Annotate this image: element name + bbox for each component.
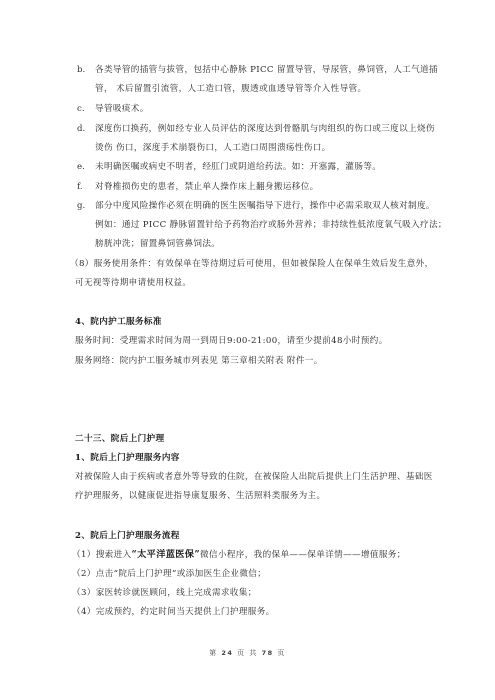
footer-middle: 页 共 [237,649,258,657]
footer-prefix: 第 [209,649,218,657]
list-item-g-line-3: 膀胱冲洗；留置鼻饲管鼻饲法。 [95,238,220,250]
section-23-heading: 二十三、院后上门护理 [75,433,164,445]
subsection-1-heading: 1、院后上门护理服务内容 [75,452,180,464]
app-name-highlight: “太平洋蓝医保” [131,549,200,560]
list-marker-b: b. [77,64,85,76]
process-step-1-prefix: （1）搜索进入 [72,550,131,560]
section-4-heading: 4、院内护工服务标准 [75,316,162,328]
list-marker-f: f. [77,181,83,193]
list-item-f-line-1: 对脊椎损伤史的患者，禁止单人操作床上翻身搬运移位。 [95,181,319,193]
list-item-e-line-1: 未明确医嘱或病史不明者，经肛门或阴道给药法。如：开塞露，灌肠等。 [95,161,381,173]
document-page: b. 各类导管的插管与拔管，包括中心静脉 PICC 留置导管，导尿管，鼻饲管，人… [0,0,495,700]
subsection-2-heading: 2、院后上门护理服务流程 [75,530,180,542]
process-step-3: （3）家医转诊就医顾问，线上完成需求收集； [72,587,257,599]
list-item-b-line-2: 管， 术后留置引流管，人工造口管，腹透或血透导管等介入性导管。 [95,83,366,95]
service-time-text: 服务时间：受理需求时间为周一到周日9:00-21:00，请至少提前48小时预约。 [75,335,388,347]
process-step-4: （4）完成预约，约定时间当天提供上门护理服务。 [72,606,275,618]
list-item-d-line-1: 深度伤口换药，例如经专业人员评估的深度达到骨骼肌与肉组织的伤口或三度以上烧伤 [95,123,435,135]
subsection-1-line-2: 疗护理服务，以健康促进指导康复服务、生活照料类服务为主。 [75,490,325,502]
subsection-1-line-1: 对被保险人由于疾病或者意外等导致的住院，在被保险人出院后提供上门生活护理、基础医 [75,471,433,483]
list-item-g-line-2: 例如：通过 PICC 静脉留置针给予药物治疗或肠外营养；非持续性低浓度氧气吸入疗… [95,219,447,231]
process-step-2: （2）点击“院后上门护理”或添加医生企业微信； [72,568,266,580]
footer-suffix: 页 [277,649,286,657]
process-step-1-suffix: 微信小程序，我的保单——保单详情——增值服务； [200,550,406,560]
process-step-1: （1）搜索进入“太平洋蓝医保”微信小程序，我的保单——保单详情——增值服务； [72,549,406,561]
service-network-text: 服务网络：院内护工服务城市列表见 第三章相关附表 附件一。 [75,355,323,367]
list-item-b-line-1: 各类导管的插管与拔管，包括中心静脉 PICC 留置导管，导尿管，鼻饲管，人工气道… [95,64,438,76]
total-page-count: 78 [262,649,274,657]
list-marker-e: e. [77,161,85,173]
list-item-d-line-2: 烫伤 伤口，深度手术崩裂伤口，人工造口周围溃疡性伤口。 [95,142,331,154]
list-marker-c: c. [77,103,85,115]
service-condition-line-1: （8）服务使用条件：有效保单在等待期过后可使用，但如被保险人在保单生效后发生意外… [70,258,434,270]
current-page-number: 24 [221,649,233,657]
list-marker-d: d. [77,123,85,135]
page-number-footer: 第 24 页 共 78 页 [0,648,495,658]
list-item-c-line-1: 导管吸痰术。 [95,103,149,115]
list-marker-g: g. [77,200,85,212]
service-condition-line-2: 可无视等待期申请使用权益。 [75,277,191,289]
list-item-g-line-1: 部分中度风险操作必须在明确的医生医嘱指导下进行，操作中必需采取双人核对制度。 [95,200,435,212]
